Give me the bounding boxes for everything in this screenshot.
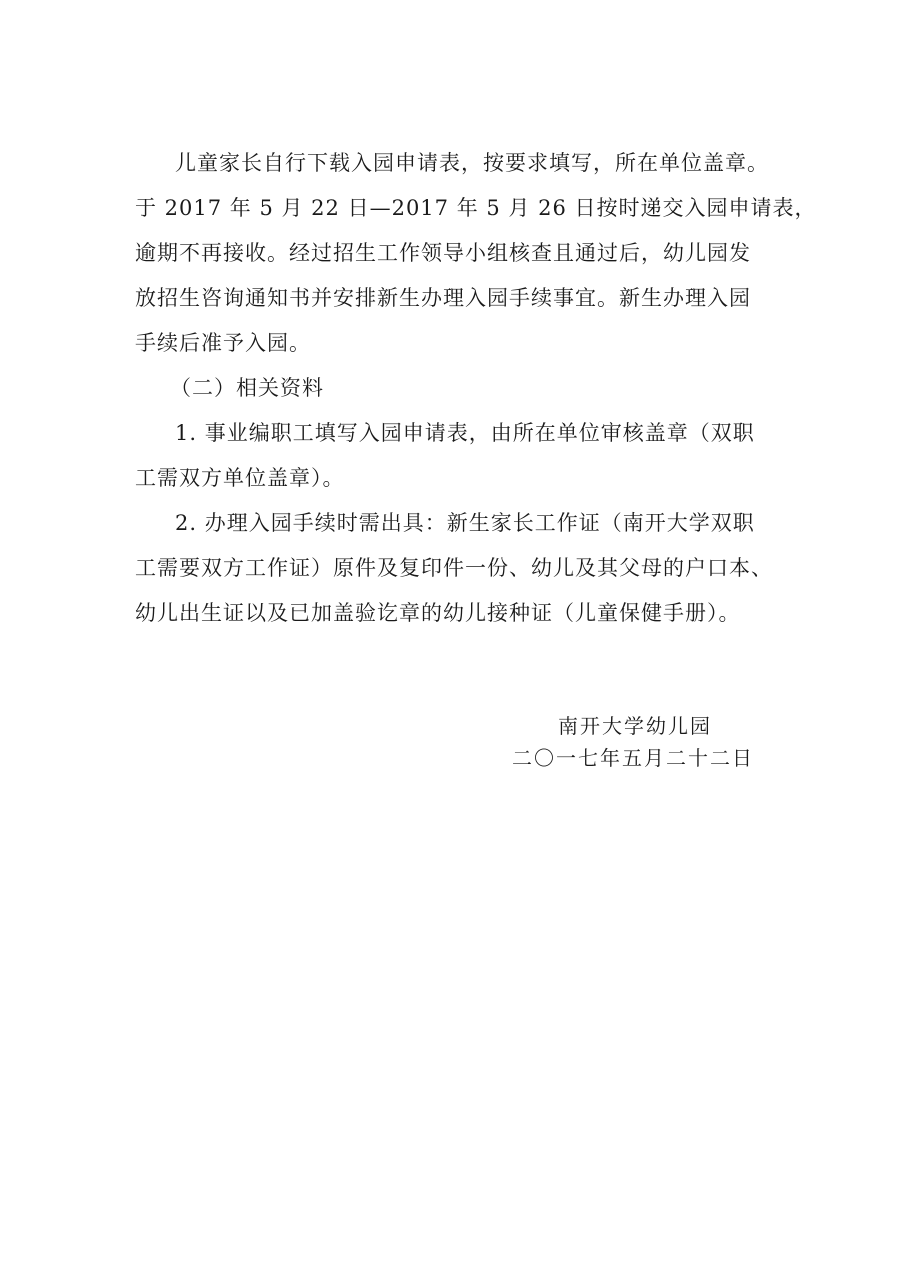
signature-organization: 南开大学幼儿园 <box>558 712 712 740</box>
signature-date: 二〇一七年五月二十二日 <box>512 744 754 772</box>
paragraph-1-line-2: 于 2017 年 5 月 22 日—2017 年 5 月 26 日按时递交入园申… <box>135 193 816 223</box>
item-1-line-1: 1. 事业编职工填写入园申请表，由所在单位审核盖章（双职 <box>175 418 755 448</box>
paragraph-1-line-4: 放招生咨询通知书并安排新生办理入园手续事宜。新生办理入园 <box>135 283 751 313</box>
paragraph-1-line-3: 逾期不再接收。经过招生工作领导小组核查且通过后，幼儿园发 <box>135 238 751 268</box>
item-2-line-3: 幼儿出生证以及已加盖验讫章的幼儿接种证（儿童保健手册）。 <box>135 598 741 628</box>
item-1-line-2: 工需双方单位盖章）。 <box>135 463 345 493</box>
item-2-line-1: 2. 办理入园手续时需出具：新生家长工作证（南开大学双职 <box>175 508 755 538</box>
section-heading: （二）相关资料 <box>170 373 324 403</box>
paragraph-1-line-1: 儿童家长自行下载入园申请表，按要求填写，所在单位盖章。 <box>175 148 769 178</box>
paragraph-1-line-5: 手续后准予入园。 <box>135 328 311 358</box>
item-2-line-2: 工需要双方工作证）原件及复印件一份、幼儿及其父母的户口本、 <box>135 553 773 583</box>
document-page: 儿童家长自行下载入园申请表，按要求填写，所在单位盖章。 于 2017 年 5 月… <box>0 0 900 1272</box>
